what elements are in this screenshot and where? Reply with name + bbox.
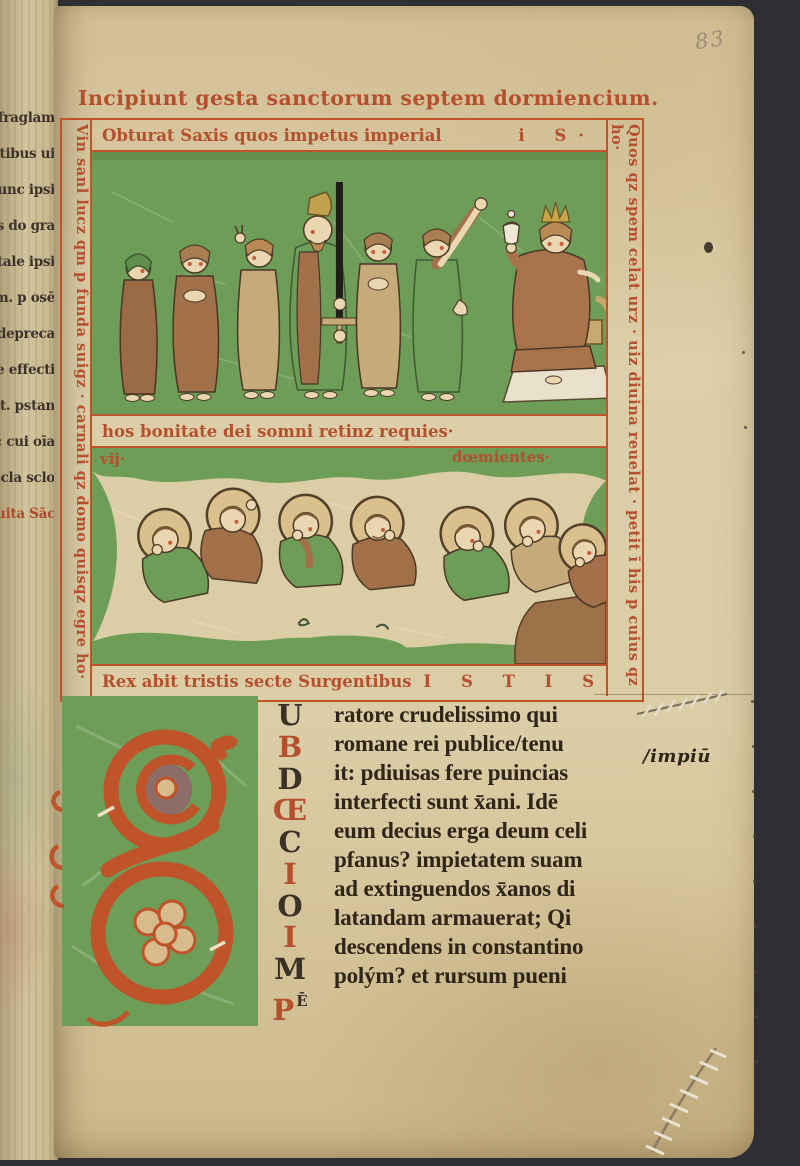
sword-guard [322, 318, 356, 325]
display-letter: U [277, 700, 302, 730]
edge-line: cionis sue effecti [0, 352, 55, 388]
display-letter: D [277, 764, 302, 794]
display-letter: I [283, 859, 297, 889]
edge-line: ne ysep ī scla sclo [0, 460, 55, 496]
text-line: ad extinguendos x̄anos di [334, 874, 740, 903]
display-letter: C [278, 827, 301, 857]
wormhole [704, 242, 713, 253]
display-letter: O [277, 891, 302, 921]
text-line: pfanus? impietatem suam [334, 845, 740, 874]
display-letter: Œ [273, 795, 307, 825]
edge-line: sidium. p osē [0, 280, 55, 316]
edge-line: mente depreca [0, 316, 55, 352]
edge-line: grimas do gra [0, 208, 55, 244]
edge-line: t. qui tale ipsi [0, 244, 55, 280]
scene-before-emperor [92, 152, 606, 414]
crown [541, 202, 569, 222]
edge-line: letū. Tunc ipsi [0, 172, 55, 208]
caption-bottom: Rex abit tristis secte Surgentibus I S T… [92, 664, 606, 696]
edge-line: dorinebit. pstan [0, 388, 55, 424]
book-edge-facing-page: odor fraglam aromatibus ui letū. Tunc ip… [0, 0, 58, 1160]
prick-mark [753, 835, 756, 838]
miniature-frame: Vin sanl lucz qm p funda suigz · carnali… [60, 118, 644, 702]
edge-line: odor fraglam [0, 100, 55, 136]
label-dormientes: dœmientes· [452, 448, 550, 466]
superscript-e: Ē [296, 992, 307, 1010]
lower-register-illustration [92, 448, 606, 664]
stitch-repair-corner [642, 1034, 757, 1158]
text-line: descendens in constantino [334, 932, 740, 961]
prick-mark [755, 1060, 758, 1063]
edge-line: aromatibus ui [0, 136, 55, 172]
prick-mark [742, 351, 745, 354]
main-text-block: ratore crudelissimo qui romane rei publi… [334, 700, 740, 990]
label-numeral-vii: vij· [100, 450, 125, 468]
decorated-initial-s [62, 696, 258, 1026]
manuscript-photo: odor fraglam aromatibus ui letū. Tunc ip… [0, 0, 800, 1166]
stitch-repair-small [629, 684, 739, 724]
display-letter: I [283, 922, 297, 952]
text-line: interfecti sunt x̄ani. Idē [334, 787, 740, 816]
manuscript-page: 83 Incipiunt gesta sanctorum septem dorm… [54, 6, 754, 1158]
text-line: latandam armauerat; Qi [334, 903, 740, 932]
vertical-display-letters: U B D Œ C I O I M PĒ [258, 700, 322, 1016]
edge-showthrough [0, 600, 58, 1020]
caption-top-end: i S· [518, 126, 596, 145]
prick-mark [754, 970, 757, 973]
edge-text-fragments: odor fraglam aromatibus ui letū. Tunc ip… [0, 100, 55, 532]
caption-top-text: Obturat Saxis quos impetus imperial [102, 126, 442, 145]
prick-mark [755, 1015, 758, 1018]
scene-seven-sleepers: vij· dœmientes· [92, 448, 606, 664]
caption-top: Obturat Saxis quos impetus imperial i S· [92, 120, 606, 152]
prick-mark [753, 880, 756, 883]
prick-mark [751, 700, 754, 703]
prick-mark [744, 426, 747, 429]
caption-middle-text: hos bonitate dei somni retinz requies· [102, 422, 454, 441]
verse-left-band: Vin sanl lucz qm p funda suigz · carnali… [62, 120, 92, 696]
folio-number: 83 [694, 26, 728, 54]
rubric-incipit: Incipiunt gesta sanctorum septem dormien… [78, 86, 638, 110]
text-line: eum decius erga deum celi [334, 816, 740, 845]
verse-right-band: Quos qz spem celat urz · uiz diuina reue… [606, 120, 642, 696]
display-letter: B [278, 732, 303, 762]
edge-line: ihu. x̄; cui oīa [0, 424, 55, 460]
display-letter-with-superscript: PĒ [272, 986, 307, 1016]
prick-mark [752, 790, 755, 793]
display-letter: M [274, 954, 306, 984]
prick-mark [752, 745, 755, 748]
margin-gloss-impium: /impiū [643, 746, 711, 767]
caption-bottom-text: Rex abit tristis secte Surgentibus [102, 672, 412, 691]
prick-mark [754, 925, 757, 928]
caption-bottom-end: I S T I S· [424, 672, 607, 691]
edge-explicit-line: plicit uita Sāc [0, 496, 55, 532]
upper-register-illustration [92, 152, 606, 414]
initial-s-artwork [62, 696, 258, 1026]
text-line: polým? et rursum pueni [334, 961, 740, 990]
caption-middle: hos bonitate dei somni retinz requies· [92, 414, 606, 448]
